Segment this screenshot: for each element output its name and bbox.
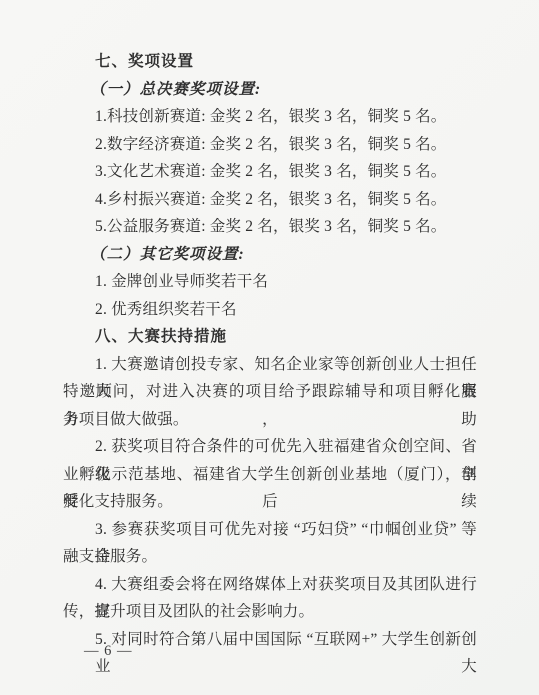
doc-line: 3. 参赛获奖项目可优先对接 “巧妇贷” “巾帼创业贷” 等金 <box>63 516 477 544</box>
doc-line: 1.科技创新赛道: 金奖 2 名，银奖 3 名，铜奖 5 名。 <box>63 103 477 131</box>
doc-line: 传，提升项目及团队的社会影响力。 <box>63 598 477 626</box>
doc-line: 4. 大赛组委会将在网络媒体上对获奖项目及其团队进行宣 <box>63 571 477 599</box>
doc-line: 特邀顾问，对进入决赛的项目给予跟踪辅导和项目孵化服务，助 <box>63 378 477 406</box>
doc-line: （一）总决赛奖项设置: <box>63 76 477 104</box>
doc-line: 七、奖项设置 <box>63 48 477 76</box>
doc-line: 2.数字经济赛道: 金奖 2 名，银奖 3 名，铜奖 5 名。 <box>63 131 477 159</box>
doc-line: 4.乡村振兴赛道: 金奖 2 名，银奖 3 名，铜奖 5 名。 <box>63 186 477 214</box>
doc-line: 3.文化艺术赛道: 金奖 2 名，银奖 3 名，铜奖 5 名。 <box>63 158 477 186</box>
document-page: 七、奖项设置（一）总决赛奖项设置:1.科技创新赛道: 金奖 2 名，银奖 3 名… <box>0 0 539 695</box>
doc-line: 2. 获奖项目符合条件的可优先入驻福建省众创空间、省级创 <box>63 433 477 461</box>
doc-line: 业孵化示范基地、福建省大学生创新创业基地（厦门），享受后续 <box>63 461 477 489</box>
doc-line: 2. 优秀组织奖若干名 <box>63 296 477 324</box>
doc-line: 融支持服务。 <box>63 543 477 571</box>
doc-line: 1. 大赛邀请创投专家、知名企业家等创新创业人士担任大赛 <box>63 351 477 379</box>
document-body: 七、奖项设置（一）总决赛奖项设置:1.科技创新赛道: 金奖 2 名，银奖 3 名… <box>63 48 477 653</box>
doc-line: 5.公益服务赛道: 金奖 2 名，银奖 3 名，铜奖 5 名。 <box>63 213 477 241</box>
page-number: — 6 — <box>84 641 133 661</box>
doc-line: 八、大赛扶持措施 <box>63 323 477 351</box>
doc-line: （二）其它奖项设置: <box>63 241 477 269</box>
doc-line: 1. 金牌创业导师奖若干名 <box>63 268 477 296</box>
